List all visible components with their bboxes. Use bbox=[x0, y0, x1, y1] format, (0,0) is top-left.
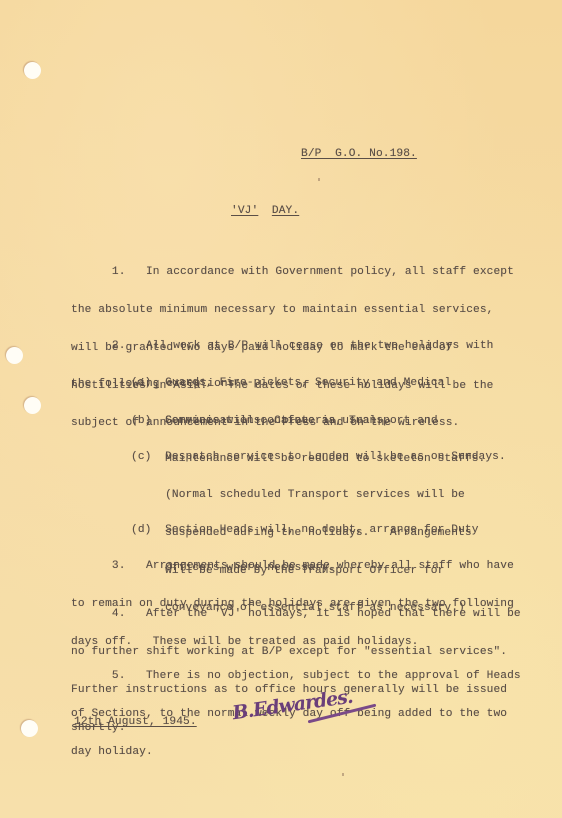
punch-hole bbox=[21, 720, 38, 737]
title-day: DAY. bbox=[272, 205, 299, 217]
exception-line: Guards, Fire-pickets, Security and Medic… bbox=[165, 377, 451, 389]
paragraph-line: 3. Arrangements should be made whereby a… bbox=[71, 560, 514, 573]
exception-label: (a) bbox=[131, 377, 151, 389]
paper-speck bbox=[318, 178, 320, 181]
paragraph-line: 5. There is no objection, subject to the… bbox=[71, 670, 521, 683]
title-vj: 'VJ' bbox=[231, 205, 258, 217]
paper-speck bbox=[342, 773, 344, 776]
paragraph-line: day holiday. bbox=[71, 746, 521, 759]
exception-line: Despatch services to London will be as o… bbox=[165, 451, 506, 463]
paragraph-line: 1. In accordance with Government policy,… bbox=[71, 266, 514, 279]
paragraph-line: 2. All work at B/P will cease on the two… bbox=[71, 340, 493, 353]
document-date: 12th August, 1945. bbox=[74, 716, 197, 729]
paper-speck bbox=[246, 418, 248, 421]
punch-hole bbox=[24, 62, 41, 79]
punch-hole bbox=[6, 347, 23, 364]
exception-label: (c) bbox=[131, 451, 151, 463]
paragraph-line: 4. After the 'VJ' holidays, it is hoped … bbox=[71, 608, 521, 621]
punch-hole bbox=[24, 397, 41, 414]
document-title: 'VJ' DAY. bbox=[231, 205, 299, 218]
document-reference: B/P G.O. No.198. bbox=[301, 148, 417, 161]
